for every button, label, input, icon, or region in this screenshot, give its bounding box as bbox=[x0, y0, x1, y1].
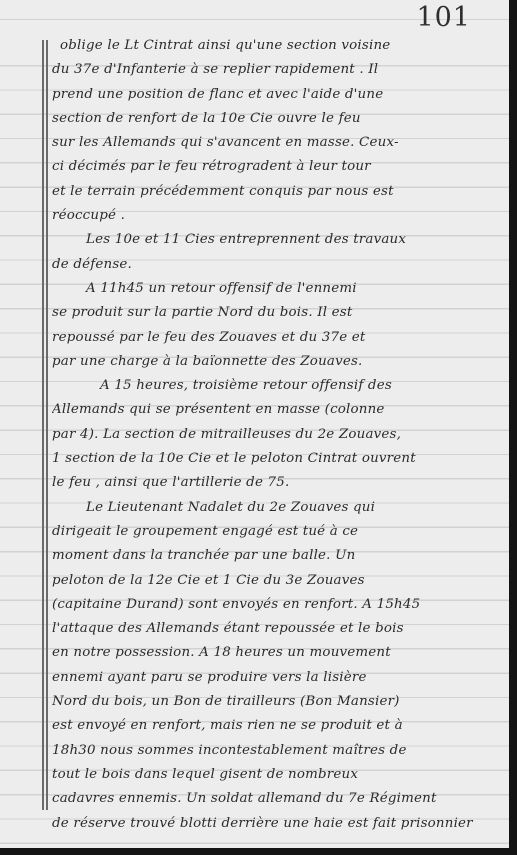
margin-rule bbox=[42, 40, 44, 810]
handwritten-line: A 11h45 un retour offensif de l'ennemi bbox=[52, 277, 507, 301]
handwritten-line: réoccupé . bbox=[52, 204, 507, 228]
handwritten-line: moment dans la tranchée par une balle. U… bbox=[52, 544, 507, 568]
handwritten-line: du 37e d'Infanterie à se replier rapidem… bbox=[52, 58, 507, 82]
handwritten-line: tout le bois dans lequel gisent de nombr… bbox=[52, 763, 507, 787]
handwritten-text-block: oblige le Lt Cintrat ainsi qu'une sectio… bbox=[52, 34, 507, 836]
margin-rule-inner bbox=[46, 40, 48, 810]
handwritten-line: Nord du bois, un Bon de tirailleurs (Bon… bbox=[52, 690, 507, 714]
handwritten-line: oblige le Lt Cintrat ainsi qu'une sectio… bbox=[52, 34, 507, 58]
handwritten-line: repoussé par le feu des Zouaves et du 37… bbox=[52, 326, 507, 350]
handwritten-line: en notre possession. A 18 heures un mouv… bbox=[52, 641, 507, 665]
handwritten-line: peloton de la 12e Cie et 1 Cie du 3e Zou… bbox=[52, 569, 507, 593]
handwritten-line: Les 10e et 11 Cies entreprennent des tra… bbox=[52, 228, 507, 252]
handwritten-line: le feu , ainsi que l'artillerie de 75. bbox=[52, 471, 507, 495]
handwritten-line: ci décimés par le feu rétrogradent à leu… bbox=[52, 155, 507, 179]
diary-page: 101 oblige le Lt Cintrat ainsi qu'une se… bbox=[0, 0, 509, 848]
handwritten-line: 1 section de la 10e Cie et le peloton Ci… bbox=[52, 447, 507, 471]
handwritten-line: par 4). La section de mitrailleuses du 2… bbox=[52, 423, 507, 447]
handwritten-line: cadavres ennemis. Un soldat allemand du … bbox=[52, 787, 507, 811]
page-number: 101 bbox=[416, 2, 471, 33]
handwritten-line: par une charge à la baïonnette des Zouav… bbox=[52, 350, 507, 374]
handwritten-line: sur les Allemands qui s'avancent en mass… bbox=[52, 131, 507, 155]
handwritten-line: et le terrain précédemment conquis par n… bbox=[52, 180, 507, 204]
handwritten-line: prend une position de flanc et avec l'ai… bbox=[52, 83, 507, 107]
handwritten-line: de défense. bbox=[52, 253, 507, 277]
handwritten-line: (capitaine Durand) sont envoyés en renfo… bbox=[52, 593, 507, 617]
handwritten-line: de réserve trouvé blotti derrière une ha… bbox=[52, 812, 507, 836]
handwritten-line: Le Lieutenant Nadalet du 2e Zouaves qui bbox=[52, 496, 507, 520]
handwritten-line: se produit sur la partie Nord du bois. I… bbox=[52, 301, 507, 325]
handwritten-line: section de renfort de la 10e Cie ouvre l… bbox=[52, 107, 507, 131]
handwritten-line: ennemi ayant paru se produire vers la li… bbox=[52, 666, 507, 690]
handwritten-line: est envoyé en renfort, mais rien ne se p… bbox=[52, 714, 507, 738]
handwritten-line: dirigeait le groupement engagé est tué à… bbox=[52, 520, 507, 544]
handwritten-line: l'attaque des Allemands étant repoussée … bbox=[52, 617, 507, 641]
handwritten-line: Allemands qui se présentent en masse (co… bbox=[52, 398, 507, 422]
handwritten-line: A 15 heures, troisième retour offensif d… bbox=[52, 374, 507, 398]
handwritten-line: 18h30 nous sommes incontestablement maît… bbox=[52, 739, 507, 763]
